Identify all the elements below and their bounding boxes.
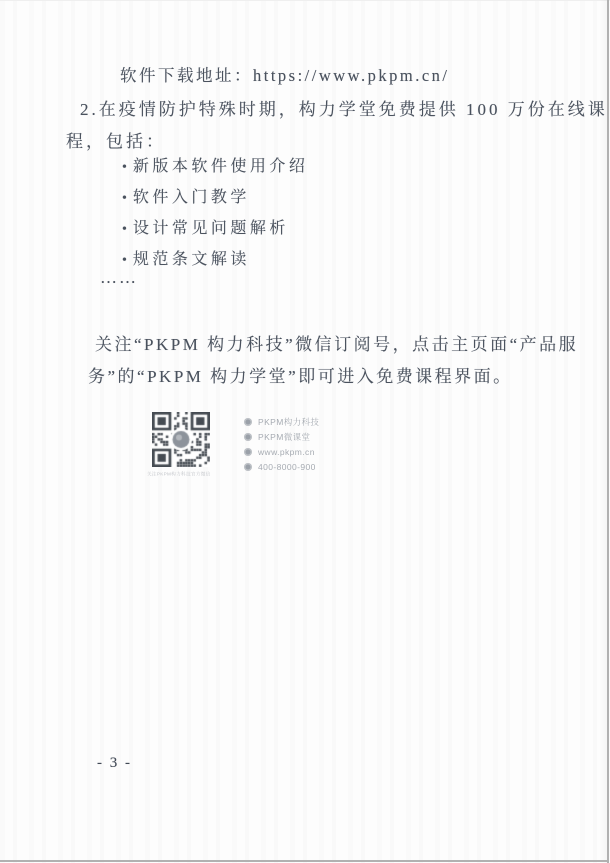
- phone-icon: [244, 463, 252, 471]
- bullet-item: •规范条文解读: [122, 246, 250, 269]
- bullet-item: •软件入门教学: [122, 184, 250, 207]
- bullet-icon: •: [122, 253, 127, 269]
- page-number: - 3 -: [97, 755, 132, 772]
- ellipsis-line: ……: [100, 268, 138, 288]
- contact-label: PKPM构力科技: [258, 416, 319, 428]
- contact-list: PKPM构力科技 PKPM微课堂 www.pkpm.cn 400-8000-90…: [244, 414, 319, 474]
- contact-label: PKPM微课堂: [258, 431, 310, 443]
- contact-item: PKPM微课堂: [244, 429, 319, 444]
- item2-text-line1: 2.在疫情防护特殊时期，构力学堂免费提供 100 万份在线课: [80, 95, 608, 120]
- website-icon: [244, 448, 252, 456]
- scan-edge-bottom: [0, 860, 609, 862]
- qr-code: [152, 412, 210, 467]
- follow-paragraph-line2: 务”的“PKPM 构力学堂”即可进入免费课程界面。: [88, 362, 513, 387]
- qr-caption: 关注PKPM构力科技官方微信: [147, 471, 211, 477]
- scan-edge-shade: [599, 0, 607, 863]
- scan-edge-top: [0, 0, 610, 1]
- wechat-icon: [244, 418, 252, 426]
- bullet-icon: •: [122, 222, 127, 238]
- bullet-icon: •: [122, 160, 127, 176]
- contact-label: 400-8000-900: [258, 462, 316, 472]
- contact-item: PKPM构力科技: [244, 414, 319, 429]
- wechat-channel-icon: [244, 433, 252, 441]
- scan-edge-right: [607, 0, 609, 863]
- follow-paragraph-line1: 关注“PKPM 构力科技”微信订阅号，点击主页面“产品服: [95, 330, 578, 355]
- contact-item: 400-8000-900: [244, 459, 319, 474]
- bullet-label: 软件入门教学: [133, 189, 250, 206]
- bullet-label: 规范条文解读: [133, 251, 250, 268]
- scanned-document-page: 软件下载地址：https://www.pkpm.cn/ 2.在疫情防护特殊时期，…: [0, 0, 610, 863]
- download-url-line: 软件下载地址：https://www.pkpm.cn/: [120, 62, 450, 86]
- item2-text-line2: 程，包括：: [66, 127, 166, 152]
- bullet-label: 设计常见问题解析: [133, 220, 289, 237]
- bullet-item: •设计常见问题解析: [122, 215, 289, 238]
- contact-label: www.pkpm.cn: [258, 447, 315, 457]
- bullet-item: •新版本软件使用介绍: [122, 153, 308, 176]
- bullet-icon: •: [122, 191, 127, 207]
- bullet-label: 新版本软件使用介绍: [133, 158, 309, 175]
- contact-item: www.pkpm.cn: [244, 444, 319, 459]
